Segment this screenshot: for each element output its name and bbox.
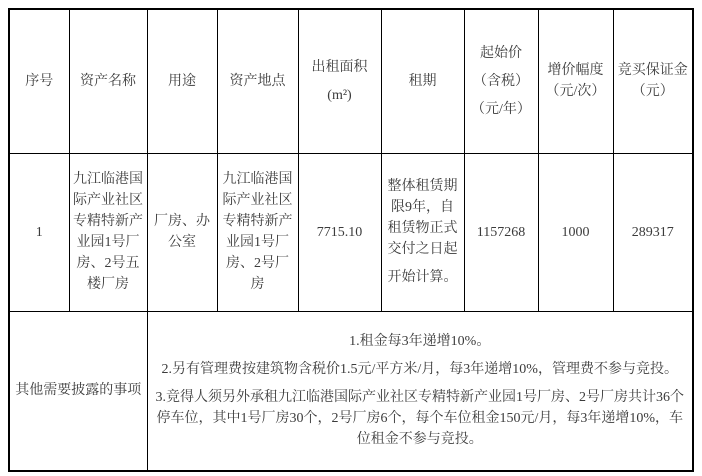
header-starting-price: 起始价（含税）（元/年） <box>464 9 538 153</box>
disclosure-label: 其他需要披露的事项 <box>9 311 147 471</box>
header-asset-name: 资产名称 <box>69 9 147 153</box>
header-lease-area: 出租面积(m²) <box>298 9 381 153</box>
cell-usage: 厂房、办公室 <box>147 153 217 311</box>
header-seq-no: 序号 <box>9 9 69 153</box>
asset-lease-table: 序号 资产名称 用途 资产地点 出租面积(m²) 租期 起始价（含税）（元/年）… <box>8 8 694 472</box>
header-increment: 增价幅度（元/次） <box>538 9 613 153</box>
cell-asset-location: 九江临港国际产业社区专精特新产业园1号厂房、2号厂房 <box>217 153 298 311</box>
cell-increment: 1000 <box>538 153 613 311</box>
header-asset-location: 资产地点 <box>217 9 298 153</box>
cell-lease-term: 整体租赁期限9年，自租赁物正式交付之日起开始计算。 <box>381 153 464 311</box>
cell-asset-name: 九江临港国际产业社区专精特新产业园1号厂房、2号五楼厂房 <box>69 153 147 311</box>
cell-seq-no: 1 <box>9 153 69 311</box>
disclosure-notes: 1.租金每3年递增10%。2.另有管理费按建筑物含税价1.5元/平方米/月，每3… <box>147 311 693 471</box>
cell-deposit: 289317 <box>613 153 693 311</box>
cell-starting-price: 1157268 <box>464 153 538 311</box>
header-deposit: 竞买保证金（元） <box>613 9 693 153</box>
lease-auction-page: 序号 资产名称 用途 资产地点 出租面积(m²) 租期 起始价（含税）（元/年）… <box>0 0 702 476</box>
header-lease-term: 租期 <box>381 9 464 153</box>
header-usage: 用途 <box>147 9 217 153</box>
asset-data-row: 1 九江临港国际产业社区专精特新产业园1号厂房、2号五楼厂房 厂房、办公室 九江… <box>9 153 693 311</box>
table-header-row: 序号 资产名称 用途 资产地点 出租面积(m²) 租期 起始价（含税）（元/年）… <box>9 9 693 153</box>
cell-lease-area: 7715.10 <box>298 153 381 311</box>
disclosure-row: 其他需要披露的事项 1.租金每3年递增10%。2.另有管理费按建筑物含税价1.5… <box>9 311 693 471</box>
